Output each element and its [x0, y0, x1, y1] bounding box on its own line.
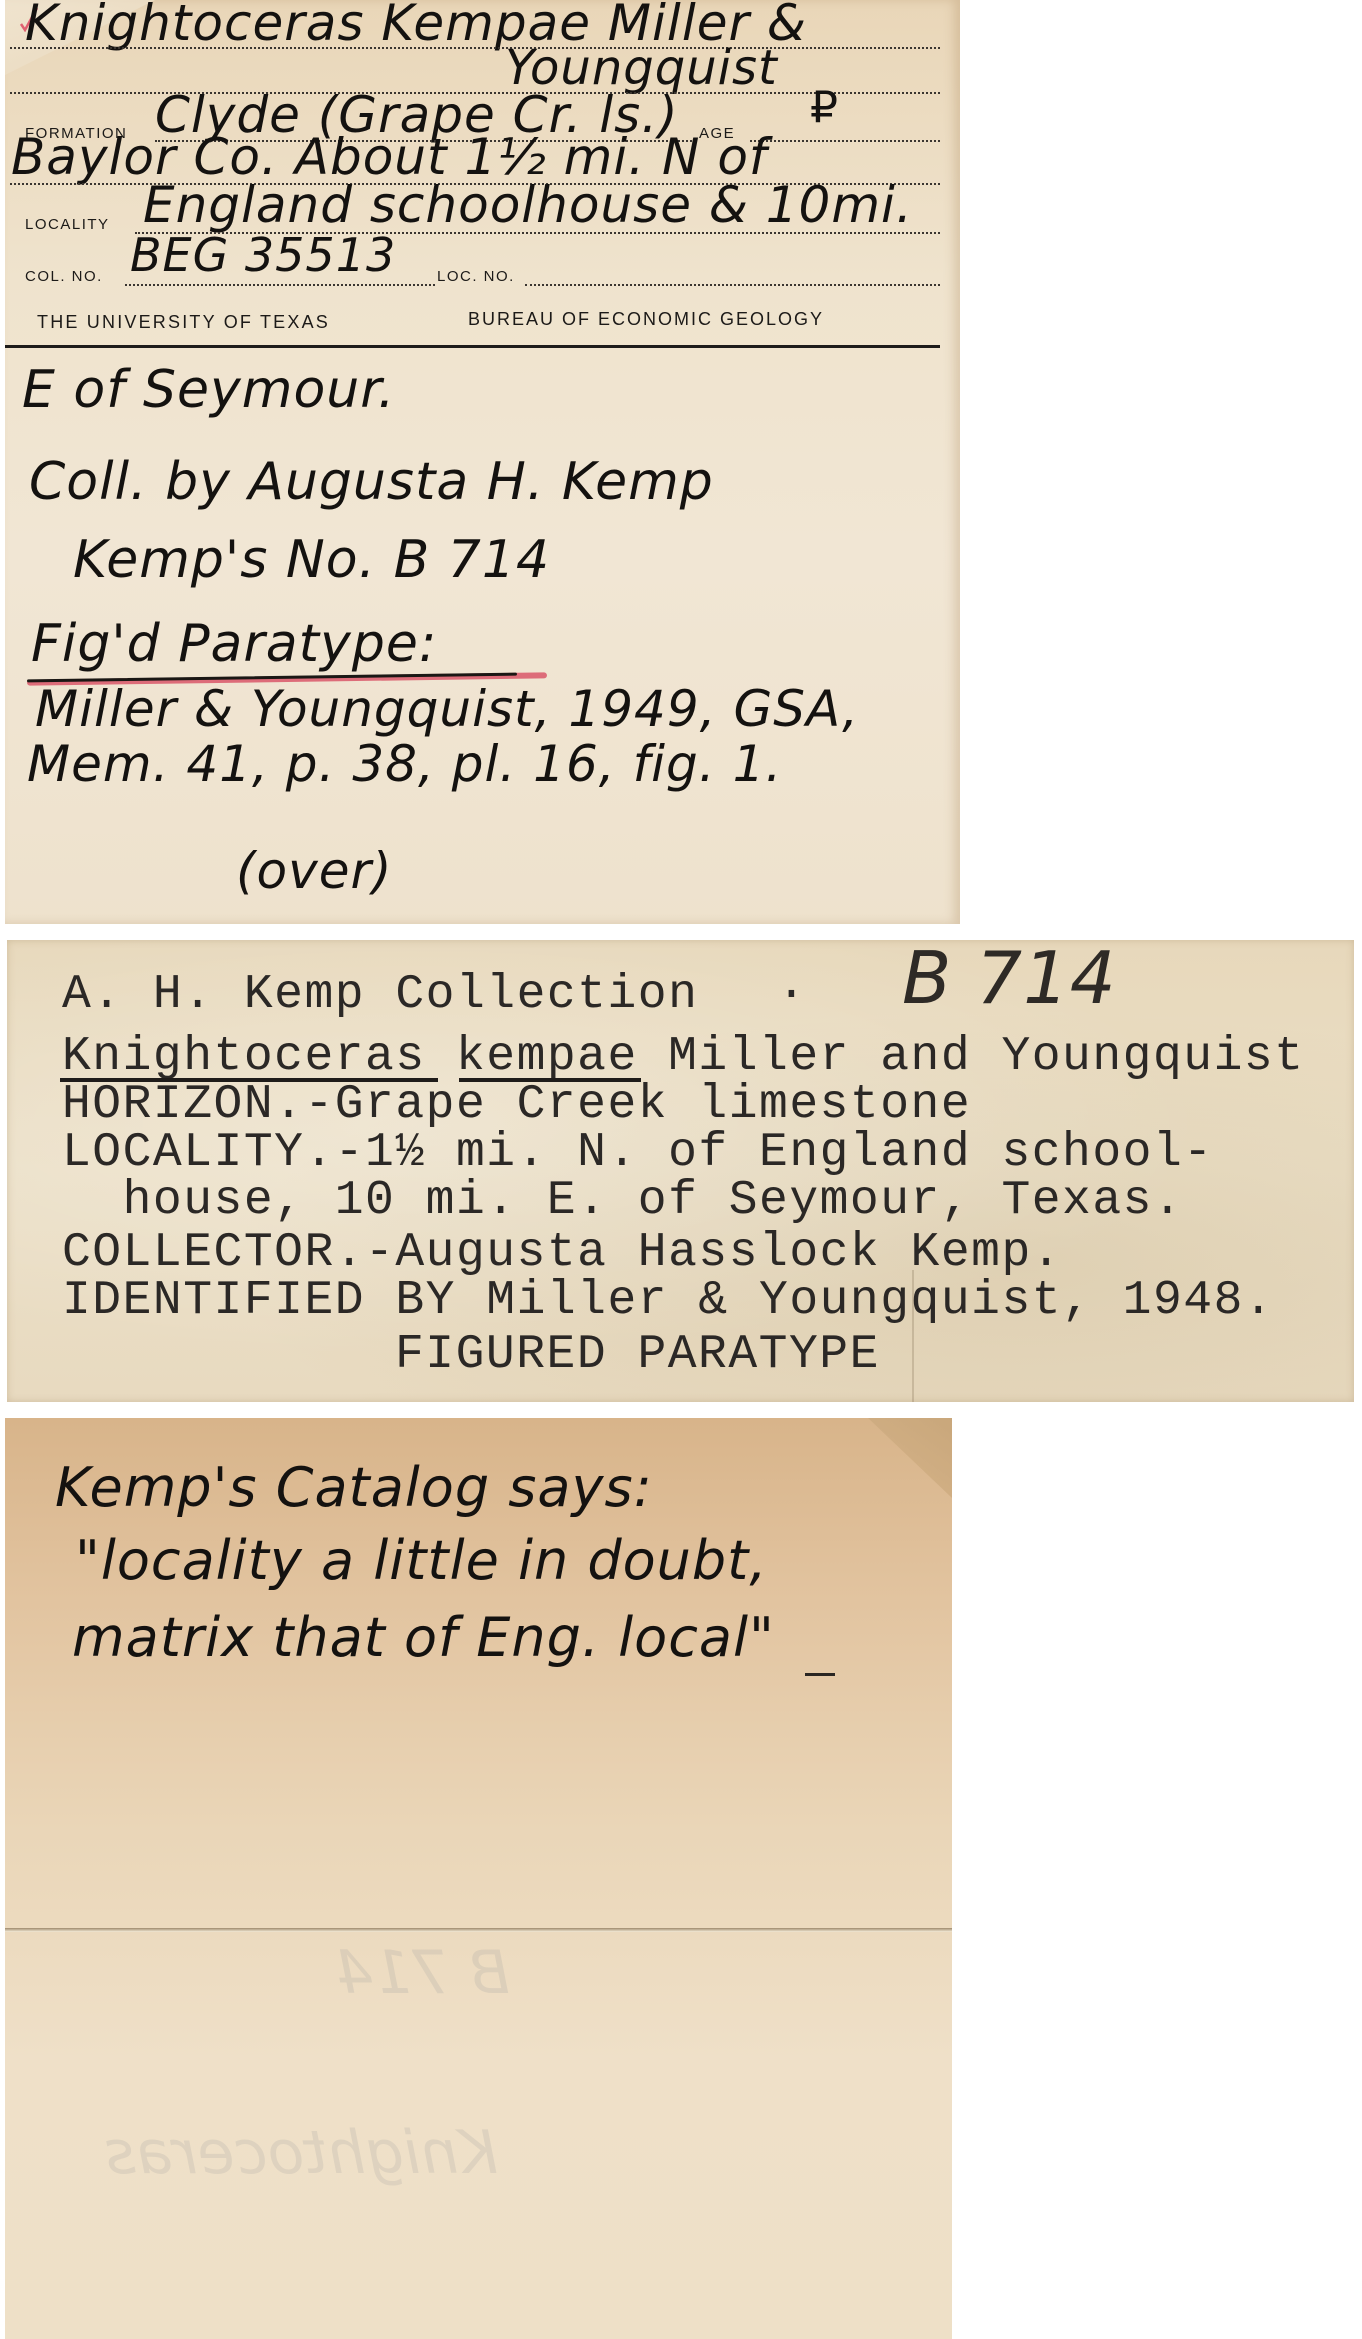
typed-line-identified: IDENTIFIED BY Miller & Youngquist, 1948.: [62, 1277, 1274, 1325]
typed-line-figured-paratype: FIGURED PARATYPE: [395, 1331, 880, 1379]
header-divider: [5, 345, 940, 348]
figured-paratype-heading: Fig'd Paratype:: [31, 614, 437, 674]
dotted-rule: [750, 140, 940, 142]
typed-collection-label: A. H. Kemp Collection · B 714 Knightocer…: [7, 940, 1354, 1402]
locality-line-2: England schoolhouse & 10mi.: [143, 176, 913, 234]
catalog-note-card: Kemp's Catalog says: "locality a little …: [5, 1418, 952, 2339]
handwritten-catalog-number: B 714: [902, 940, 1117, 1020]
header-dot: ·: [777, 971, 807, 1019]
typed-line-species: Knightoceras kempae Miller and Youngquis…: [62, 1033, 1305, 1081]
collection-header: A. H. Kemp Collection: [62, 971, 698, 1019]
folded-corner: [832, 1418, 952, 1498]
note-line: Kemp's No. B 714: [73, 530, 550, 590]
catalog-note-heading: Kemp's Catalog says:: [55, 1456, 653, 1519]
citation-line-2: Mem. 41, p. 38, pl. 16, fig. 1.: [27, 735, 782, 793]
catalog-quote-line-1: "locality a little in doubt,: [75, 1529, 768, 1592]
age-value: ₽: [810, 82, 839, 133]
show-through-writing: B 714: [335, 1938, 510, 2008]
citation-line-1: Miller & Youngquist, 1949, GSA,: [35, 680, 859, 738]
show-through-writing: Knightoceras: [105, 2118, 498, 2188]
col-no-value: BEG 35513: [130, 228, 396, 282]
loc-no-label: LOC. NO.: [437, 268, 515, 285]
ink-mark: [805, 1673, 835, 1676]
dotted-rule: [525, 284, 940, 286]
dotted-rule: [10, 47, 940, 49]
specimen-label-card: Knightoceras Kempae Miller & Youngquist …: [5, 0, 960, 924]
paper-fold: [5, 1928, 952, 1932]
locality-label: LOCALITY: [25, 216, 110, 233]
typed-line-collector: COLLECTOR.-Augusta Hasslock Kemp.: [62, 1229, 1062, 1277]
typed-line-horizon: HORIZON.-Grape Creek limestone: [62, 1081, 971, 1129]
over-note: (over): [236, 842, 393, 900]
typed-line-locality: LOCALITY.-1½ mi. N. of England school-: [62, 1129, 1214, 1177]
typed-line-locality-cont: house, 10 mi. E. of Seymour, Texas.: [62, 1177, 1183, 1225]
institution-name: THE UNIVERSITY OF TEXAS: [37, 312, 330, 333]
dotted-rule: [125, 284, 435, 286]
col-no-label: COL. NO.: [25, 268, 103, 285]
note-line: Coll. by Augusta H. Kemp: [29, 452, 714, 512]
bureau-name: BUREAU OF ECONOMIC GEOLOGY: [468, 309, 824, 330]
catalog-quote-line-2: matrix that of Eng. local": [72, 1606, 775, 1669]
note-line: E of Seymour.: [22, 360, 395, 420]
